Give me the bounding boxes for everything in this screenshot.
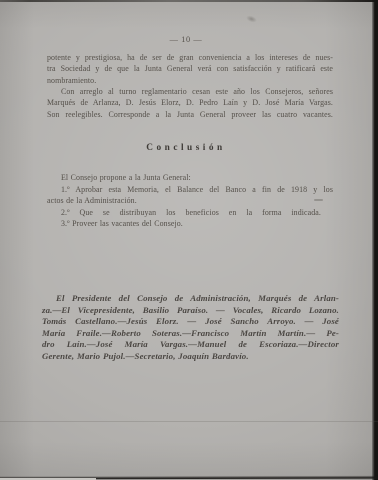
proposal-intro: El Consejo propone a la Junta General: [47,172,333,184]
paragraph-consejeros: Con arreglo al turno reglamentario cesan… [47,86,333,120]
section-heading-conclusion: Conclusión [0,143,372,153]
list-item-1-line-1: 1.º Aprobar esta Memoria, el Balance del… [47,184,333,196]
signature-line: El Presidente del Consejo de Administrac… [42,293,339,305]
text-line: nombramiento. [47,75,333,86]
text-line: tra Sociedad y de que la Junta General v… [47,63,333,74]
signature-line: Gerente, Mario Pujol.—Secretario, Joaquí… [42,351,339,363]
list-item-2: 2.º Que se distribuyan los beneficios en… [47,207,333,219]
list-item-1-line-2: actos de la Administración. [47,195,333,207]
list-item-3: 3.º Proveer las vacantes del Consejo. [47,218,333,230]
text-line: Marqués de Arlanza, D. Jesús Elorz, D. P… [47,97,333,108]
signature-line: za.—El Vicepresidente, Basilio Paraíso. … [42,305,339,317]
signature-line: dro Laín.—José María Vargas.—Manuel de E… [42,339,339,351]
text-line: potente y prestigiosa, ha de ser de gran… [47,52,333,63]
proposal-list: El Consejo propone a la Junta General: 1… [47,172,333,230]
text-line: Son reelegibles. Corresponde a la Junta … [47,109,333,120]
paragraph-continuation: potente y prestigiosa, ha de ser de gran… [47,52,333,86]
page-text-layer: — 10 — potente y prestigiosa, ha de ser … [0,0,378,480]
signature-block: El Presidente del Consejo de Administrac… [42,293,339,362]
signature-line: Tomás Castellano.—Jesús Elorz. — José Sa… [42,316,339,328]
page-number: — 10 — [0,35,372,44]
text-line: Con arreglo al turno reglamentario cesan… [47,86,333,97]
scanned-document-page: — 10 — potente y prestigiosa, ha de ser … [0,0,378,480]
signature-line: María Fraile.—Roberto Soteras.—Francisco… [42,328,339,340]
